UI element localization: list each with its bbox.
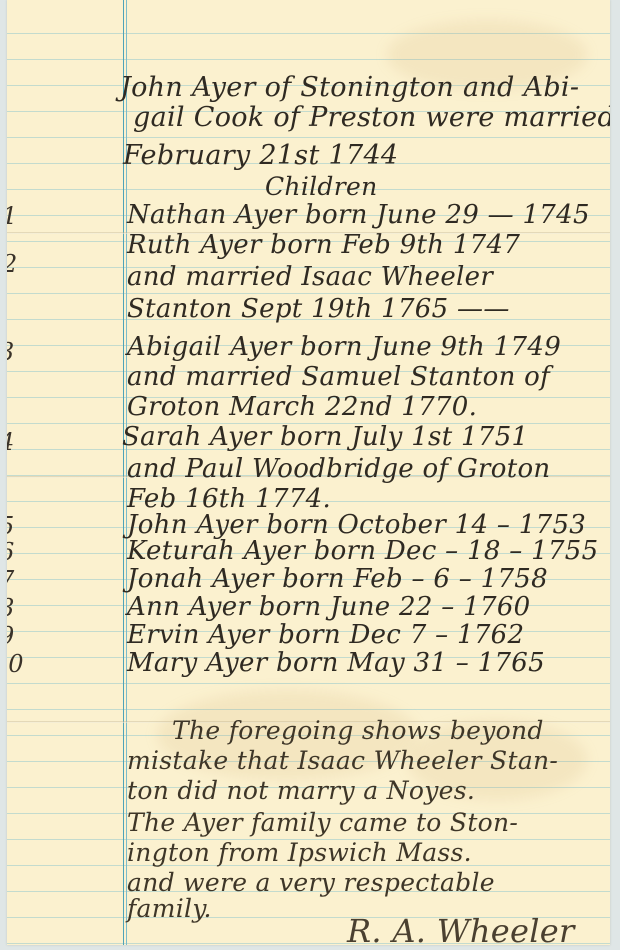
child-entry: Ann Ayer born June 22 – 1760 xyxy=(127,592,531,622)
ruled-paper-sheet: John Ayer of Stonington and Abi- gail Co… xyxy=(7,0,610,945)
child-entry: and married Samuel Stanton of xyxy=(127,362,550,392)
intro-line: February 21st 1744 xyxy=(123,140,398,171)
note-line: ington from Ipswich Mass. xyxy=(127,838,472,867)
child-number: 3 xyxy=(7,338,14,366)
child-number: 10 xyxy=(7,650,24,678)
note-line: The Ayer family came to Ston- xyxy=(127,808,518,837)
heading-children: Children xyxy=(265,172,377,201)
note-line: ton did not marry a Noyes. xyxy=(127,776,475,805)
intro-line: John Ayer of Stonington and Abi- xyxy=(120,72,579,103)
child-number: 4 xyxy=(7,428,14,456)
child-entry: Groton March 22nd 1770. xyxy=(127,392,477,422)
child-number: 7 xyxy=(7,566,14,594)
child-entry: Keturah Ayer born Dec – 18 – 1755 xyxy=(127,536,598,566)
child-entry: Ruth Ayer born Feb 9th 1747 xyxy=(127,230,520,260)
child-number: 1 xyxy=(7,202,17,230)
note-line: family. xyxy=(127,894,212,923)
child-entry: Jonah Ayer born Feb – 6 – 1758 xyxy=(127,564,548,594)
child-entry: Mary Ayer born May 31 – 1765 xyxy=(127,648,545,678)
child-entry: Stanton Sept 19th 1765 —— xyxy=(127,294,510,324)
note-line: mistake that Isaac Wheeler Stan- xyxy=(127,746,558,775)
note-line: and were a very respectable xyxy=(127,868,495,897)
child-entry: Nathan Ayer born June 29 — 1745 xyxy=(127,200,590,230)
child-entry: and Paul Woodbridge of Groton xyxy=(127,454,550,484)
child-number: 5 xyxy=(7,512,14,540)
intro-line: gail Cook of Preston were married xyxy=(133,102,610,133)
child-entry: Abigail Ayer born June 9th 1749 xyxy=(127,332,561,362)
signature: R. A. Wheeler xyxy=(347,912,575,945)
note-line: The foregoing shows beyond xyxy=(172,716,544,745)
child-number: 2 xyxy=(7,250,17,278)
child-number: 8 xyxy=(7,594,14,622)
child-entry: Sarah Ayer born July 1st 1751 xyxy=(122,422,528,452)
child-number: 6 xyxy=(7,538,14,566)
child-entry: Ervin Ayer born Dec 7 – 1762 xyxy=(127,620,524,650)
child-number: 9 xyxy=(7,622,14,650)
child-entry: and married Isaac Wheeler xyxy=(127,262,493,292)
